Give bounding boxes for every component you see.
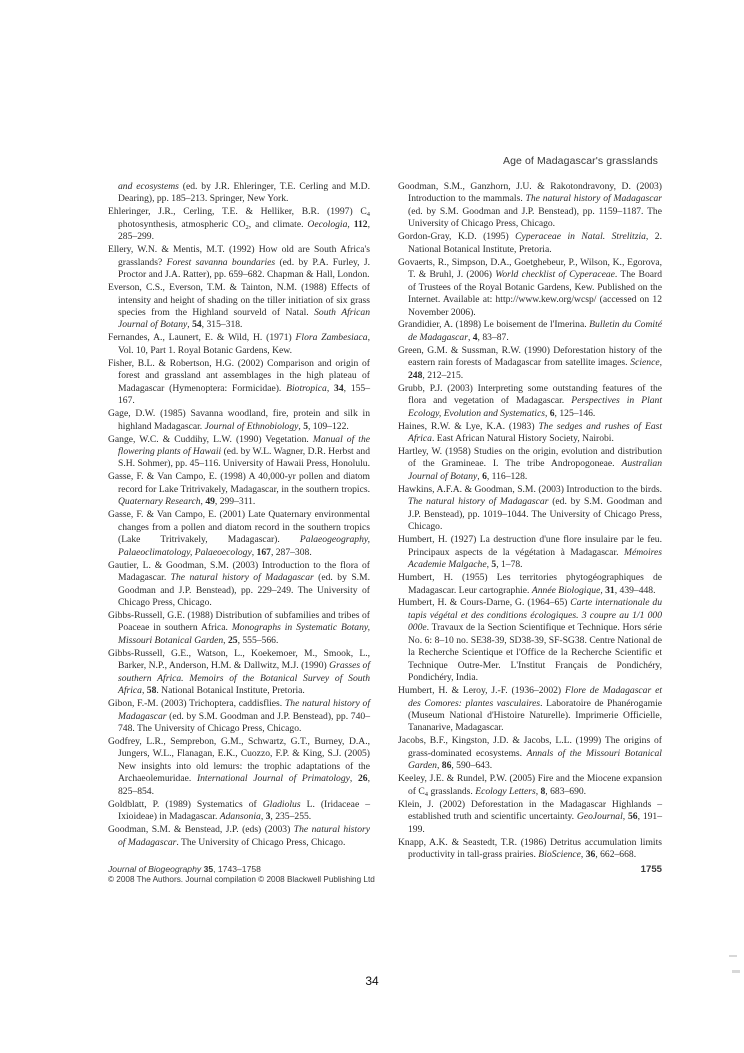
copyright-notice: © 2008 The Authors. Journal compilation … [108,875,662,886]
reference-entry: Gibbs-Russell, G.E., Watson, L., Koekemo… [108,648,370,698]
reference-entry: Hawkins, A.F.A. & Goodman, S.M. (2003) I… [398,484,662,534]
reference-entry: Fisher, B.L. & Robertson, H.G. (2002) Co… [108,358,370,408]
reference-entry: Green, G.M. & Sussman, R.W. (1990) Defor… [398,345,662,382]
reference-entry: Grubb, P.J. (2003) Interpreting some out… [398,383,662,420]
references-left-column: and ecosystems (ed. by J.R. Ehleringer, … [108,181,370,850]
journal-name: Journal of Biogeography [108,864,201,874]
reference-entry: Goldblatt, P. (1989) Systematics of Glad… [108,799,370,824]
reference-entry: Humbert, H. (1927) La destruction d'une … [398,534,662,571]
reference-entry: Govaerts, R., Simpson, D.A., Goetghebeur… [398,257,662,319]
reference-entry: Gibbs-Russell, G.E. (1988) Distribution … [108,610,370,647]
reference-entry: Klein, J. (2002) Deforestation in the Ma… [398,799,662,836]
reference-entry: Ellery, W.N. & Mentis, M.T. (1992) How o… [108,244,370,281]
reference-entry: Fernandes, A., Launert, E. & Wild, H. (1… [108,332,370,357]
references-right-column: Goodman, S.M., Ganzhorn, J.U. & Rakotond… [398,181,662,862]
journal-citation: Journal of Biogeography 35, 1743–1758 [108,864,662,875]
reference-entry: Everson, C.S., Everson, T.M. & Tainton, … [108,282,370,332]
reference-entry: Gautier, L. & Goodman, S.M. (2003) Intro… [108,560,370,610]
reference-entry: Ehleringer, J.R., Cerling, T.E. & Hellik… [108,206,370,243]
reference-entry: Jacobs, B.F., Kingston, J.D. & Jacobs, L… [398,735,662,772]
reference-entry: Knapp, A.K. & Seastedt, T.R. (1986) Detr… [398,837,662,862]
reference-entry: Goodman, S.M. & Benstead, J.P. (eds) (20… [108,824,370,849]
reference-entry: Hartley, W. (1958) Studies on the origin… [398,446,662,483]
reference-entry: Humbert, H. (1955) Les territories phyto… [398,572,662,597]
running-head: Age of Madagascar's grasslands [503,155,658,167]
reference-entry: Gordon-Gray, K.D. (1995) Cyperaceae in N… [398,231,662,256]
scan-artifact [732,970,740,973]
page-number: 34 [0,974,744,988]
journal-pages: , 1743–1758 [213,864,261,874]
reference-entry: Gasse, F. & Van Campo, E. (1998) A 40,00… [108,471,370,508]
journal-page-number: 1755 [641,864,662,875]
reference-entry: Grandidier, A. (1898) Le boisement de l'… [398,319,662,344]
reference-entry: Goodman, S.M., Ganzhorn, J.U. & Rakotond… [398,181,662,231]
reference-entry: Gage, D.W. (1985) Savanna woodland, fire… [108,408,370,433]
page-footer: Journal of Biogeography 35, 1743–1758 © … [108,864,662,885]
reference-entry: Humbert, H. & Cours-Darne, G. (1964–65) … [398,597,662,684]
reference-entry: Humbert, H. & Leroy, J.-F. (1936–2002) F… [398,685,662,735]
reference-entry: Gange, W.C. & Cuddihy, L.W. (1990) Veget… [108,434,370,471]
reference-entry: Haines, R.W. & Lye, K.A. (1983) The sedg… [398,421,662,446]
journal-volume: 35 [204,864,214,874]
reference-entry: and ecosystems (ed. by J.R. Ehleringer, … [108,181,370,206]
scan-artifact [729,955,737,957]
reference-entry: Keeley, J.E. & Rundel, P.W. (2005) Fire … [398,773,662,798]
reference-entry: Godfrey, L.R., Semprebon, G.M., Schwartz… [108,736,370,798]
reference-entry: Gibon, F.-M. (2003) Trichoptera, caddisf… [108,698,370,735]
reference-entry: Gasse, F. & Van Campo, E. (2001) Late Qu… [108,509,370,559]
